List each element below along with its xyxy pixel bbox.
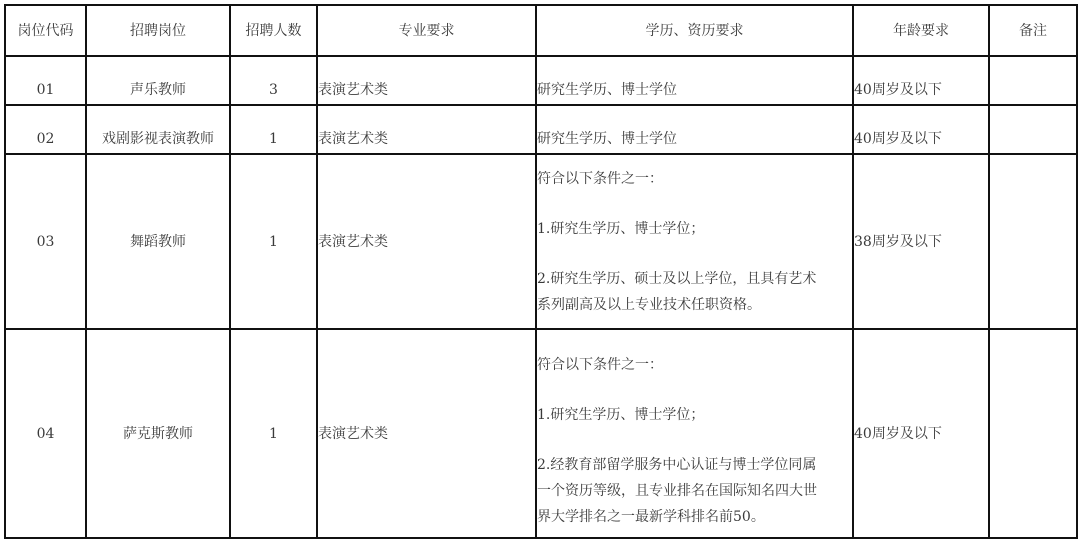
education-intro: 符合以下条件之一： bbox=[537, 169, 852, 189]
cell-age: 40周岁及以下 bbox=[853, 329, 989, 538]
header-count: 招聘人数 bbox=[230, 5, 317, 56]
table-row: 02 戏剧影视表演教师 1 表演艺术类 研究生学历、博士学位 40周岁及以下 bbox=[5, 105, 1077, 154]
table-row: 01 声乐教师 3 表演艺术类 研究生学历、博士学位 40周岁及以下 bbox=[5, 56, 1077, 105]
cell-position: 声乐教师 bbox=[86, 56, 230, 105]
cell-major: 表演艺术类 bbox=[317, 105, 536, 154]
education-condition-2-line-2: 系列副高及以上专业技术任职资格。 bbox=[537, 295, 852, 315]
cell-position: 萨克斯教师 bbox=[86, 329, 230, 538]
table-row: 03 舞蹈教师 1 表演艺术类 符合以下条件之一： 1.研究生学历、博士学位； … bbox=[5, 154, 1077, 329]
header-education: 学历、资历要求 bbox=[536, 5, 853, 56]
cell-count: 1 bbox=[230, 105, 317, 154]
header-position: 招聘岗位 bbox=[86, 5, 230, 56]
cell-education: 研究生学历、博士学位 bbox=[536, 56, 853, 105]
cell-major: 表演艺术类 bbox=[317, 154, 536, 329]
header-row: 岗位代码 招聘岗位 招聘人数 专业要求 学历、资历要求 年龄要求 备注 bbox=[5, 5, 1077, 56]
education-condition-2-line-1: 2.研究生学历、硕士及以上学位，且具有艺术 bbox=[537, 269, 852, 289]
cell-remark bbox=[989, 154, 1077, 329]
education-condition-1: 1.研究生学历、博士学位； bbox=[537, 219, 852, 239]
header-code: 岗位代码 bbox=[5, 5, 86, 56]
cell-education: 符合以下条件之一： 1.研究生学历、博士学位； 2.经教育部留学服务中心认证与博… bbox=[536, 329, 853, 538]
recruitment-table: 岗位代码 招聘岗位 招聘人数 专业要求 学历、资历要求 年龄要求 备注 01 声… bbox=[4, 4, 1078, 539]
cell-position: 戏剧影视表演教师 bbox=[86, 105, 230, 154]
cell-major: 表演艺术类 bbox=[317, 329, 536, 538]
cell-age: 38周岁及以下 bbox=[853, 154, 989, 329]
cell-remark bbox=[989, 56, 1077, 105]
table-row: 04 萨克斯教师 1 表演艺术类 符合以下条件之一： 1.研究生学历、博士学位；… bbox=[5, 329, 1077, 538]
cell-major: 表演艺术类 bbox=[317, 56, 536, 105]
cell-count: 3 bbox=[230, 56, 317, 105]
cell-age: 40周岁及以下 bbox=[853, 56, 989, 105]
cell-remark bbox=[989, 329, 1077, 538]
cell-education: 研究生学历、博士学位 bbox=[536, 105, 853, 154]
education-condition-2-line-1: 2.经教育部留学服务中心认证与博士学位同属 bbox=[537, 455, 852, 475]
cell-position: 舞蹈教师 bbox=[86, 154, 230, 329]
education-condition-2-line-3: 界大学排名之一最新学科排名前50。 bbox=[537, 507, 852, 527]
cell-age: 40周岁及以下 bbox=[853, 105, 989, 154]
header-major: 专业要求 bbox=[317, 5, 536, 56]
cell-code: 03 bbox=[5, 154, 86, 329]
cell-remark bbox=[989, 105, 1077, 154]
education-intro: 符合以下条件之一： bbox=[537, 355, 852, 375]
cell-count: 1 bbox=[230, 154, 317, 329]
cell-code: 01 bbox=[5, 56, 86, 105]
cell-code: 02 bbox=[5, 105, 86, 154]
header-age: 年龄要求 bbox=[853, 5, 989, 56]
cell-code: 04 bbox=[5, 329, 86, 538]
cell-education: 符合以下条件之一： 1.研究生学历、博士学位； 2.研究生学历、硕士及以上学位，… bbox=[536, 154, 853, 329]
education-condition-2-line-2: 一个资历等级，且专业排名在国际知名四大世 bbox=[537, 481, 852, 501]
header-remark: 备注 bbox=[989, 5, 1077, 56]
cell-count: 1 bbox=[230, 329, 317, 538]
education-condition-1: 1.研究生学历、博士学位； bbox=[537, 405, 852, 425]
